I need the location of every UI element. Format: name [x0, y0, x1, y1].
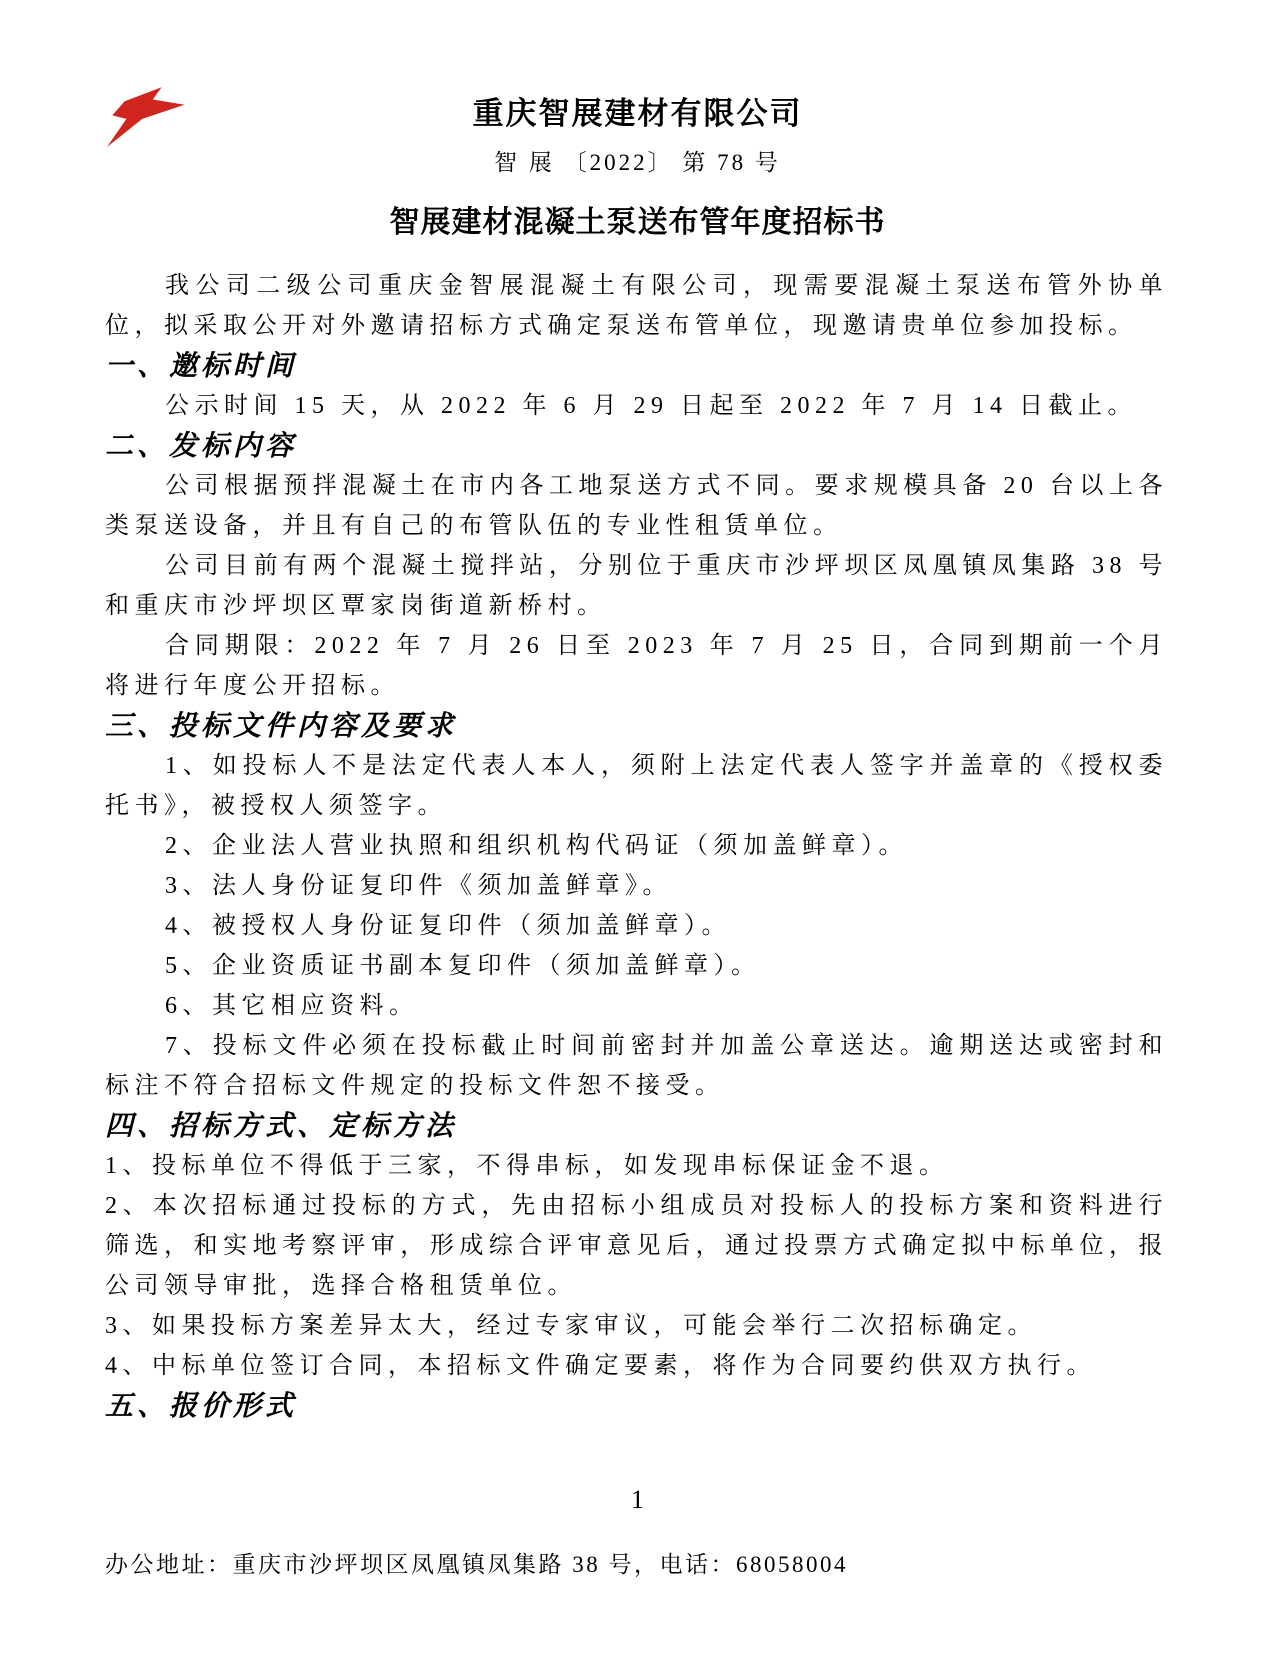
- section-heading-2: 二、发标内容: [105, 426, 1168, 466]
- section-3-item-4: 4、被授权人身份证复印件（须加盖鲜章）。: [105, 906, 1168, 946]
- section-3-item-3: 3、法人身份证复印件《须加盖鲜章》。: [105, 866, 1168, 906]
- section-2-paragraph-2: 公司目前有两个混凝土搅拌站，分别位于重庆市沙坪坝区凤凰镇凤集路 38 号和重庆市…: [105, 546, 1168, 626]
- section-3-item-1: 1、如投标人不是法定代表人本人，须附上法定代表人签字并盖章的《授权委托书》，被授…: [105, 746, 1168, 826]
- section-heading-4: 四、招标方式、定标方法: [105, 1106, 1168, 1146]
- doc-title: 智展建材混凝土泵送布管年度招标书: [0, 204, 1275, 242]
- document-page: 重庆智展建材有限公司 智 展 〔2022〕 第 78 号 智展建材混凝土泵送布管…: [0, 0, 1275, 1662]
- section-4-item-2: 2、本次招标通过投标的方式，先由招标小组成员对投标人的投标方案和资料进行筛选，和…: [105, 1186, 1168, 1306]
- section-4-item-3: 3、如果投标方案差异太大，经过专家审议，可能会举行二次招标确定。: [105, 1306, 1168, 1346]
- section-heading-3: 三、投标文件内容及要求: [105, 706, 1168, 746]
- company-name: 重庆智展建材有限公司: [0, 96, 1275, 132]
- section-3-item-5: 5、企业资质证书副本复印件（须加盖鲜章）。: [105, 946, 1168, 986]
- document-body: 我公司二级公司重庆金智展混凝土有限公司，现需要混凝土泵送布管外协单位，拟采取公开…: [105, 266, 1168, 1426]
- intro-paragraph: 我公司二级公司重庆金智展混凝土有限公司，现需要混凝土泵送布管外协单位，拟采取公开…: [105, 266, 1168, 346]
- section-3-item-6: 6、其它相应资料。: [105, 986, 1168, 1026]
- section-1-paragraph-1: 公示时间 15 天，从 2022 年 6 月 29 日起至 2022 年 7 月…: [105, 386, 1168, 426]
- section-heading-1: 一、邀标时间: [105, 346, 1168, 386]
- footer-address: 办公地址：重庆市沙坪坝区凤凰镇凤集路 38 号，电话：68058004: [105, 1546, 848, 1579]
- section-4-item-4: 4、中标单位签订合同，本招标文件确定要素，将作为合同要约供双方执行。: [105, 1346, 1168, 1386]
- company-logo-icon: [100, 82, 188, 154]
- document-header: 重庆智展建材有限公司 智 展 〔2022〕 第 78 号 智展建材混凝土泵送布管…: [0, 0, 1275, 242]
- section-heading-5: 五、报价形式: [105, 1386, 1168, 1426]
- section-2-paragraph-1: 公司根据预拌混凝土在市内各工地泵送方式不同。要求规模具备 20 台以上各类泵送设…: [105, 466, 1168, 546]
- section-2-paragraph-3: 合同期限：2022 年 7 月 26 日至 2023 年 7 月 25 日，合同…: [105, 626, 1168, 706]
- doc-number: 智 展 〔2022〕 第 78 号: [0, 148, 1275, 178]
- section-3-item-7: 7、投标文件必须在投标截止时间前密封并加盖公章送达。逾期送达或密封和标注不符合招…: [105, 1026, 1168, 1106]
- section-3-item-2: 2、企业法人营业执照和组织机构代码证（须加盖鲜章）。: [105, 826, 1168, 866]
- z-lightning-shape: [107, 87, 184, 147]
- page-number: 1: [0, 1483, 1275, 1517]
- section-4-item-1: 1、投标单位不得低于三家，不得串标，如发现串标保证金不退。: [105, 1146, 1168, 1186]
